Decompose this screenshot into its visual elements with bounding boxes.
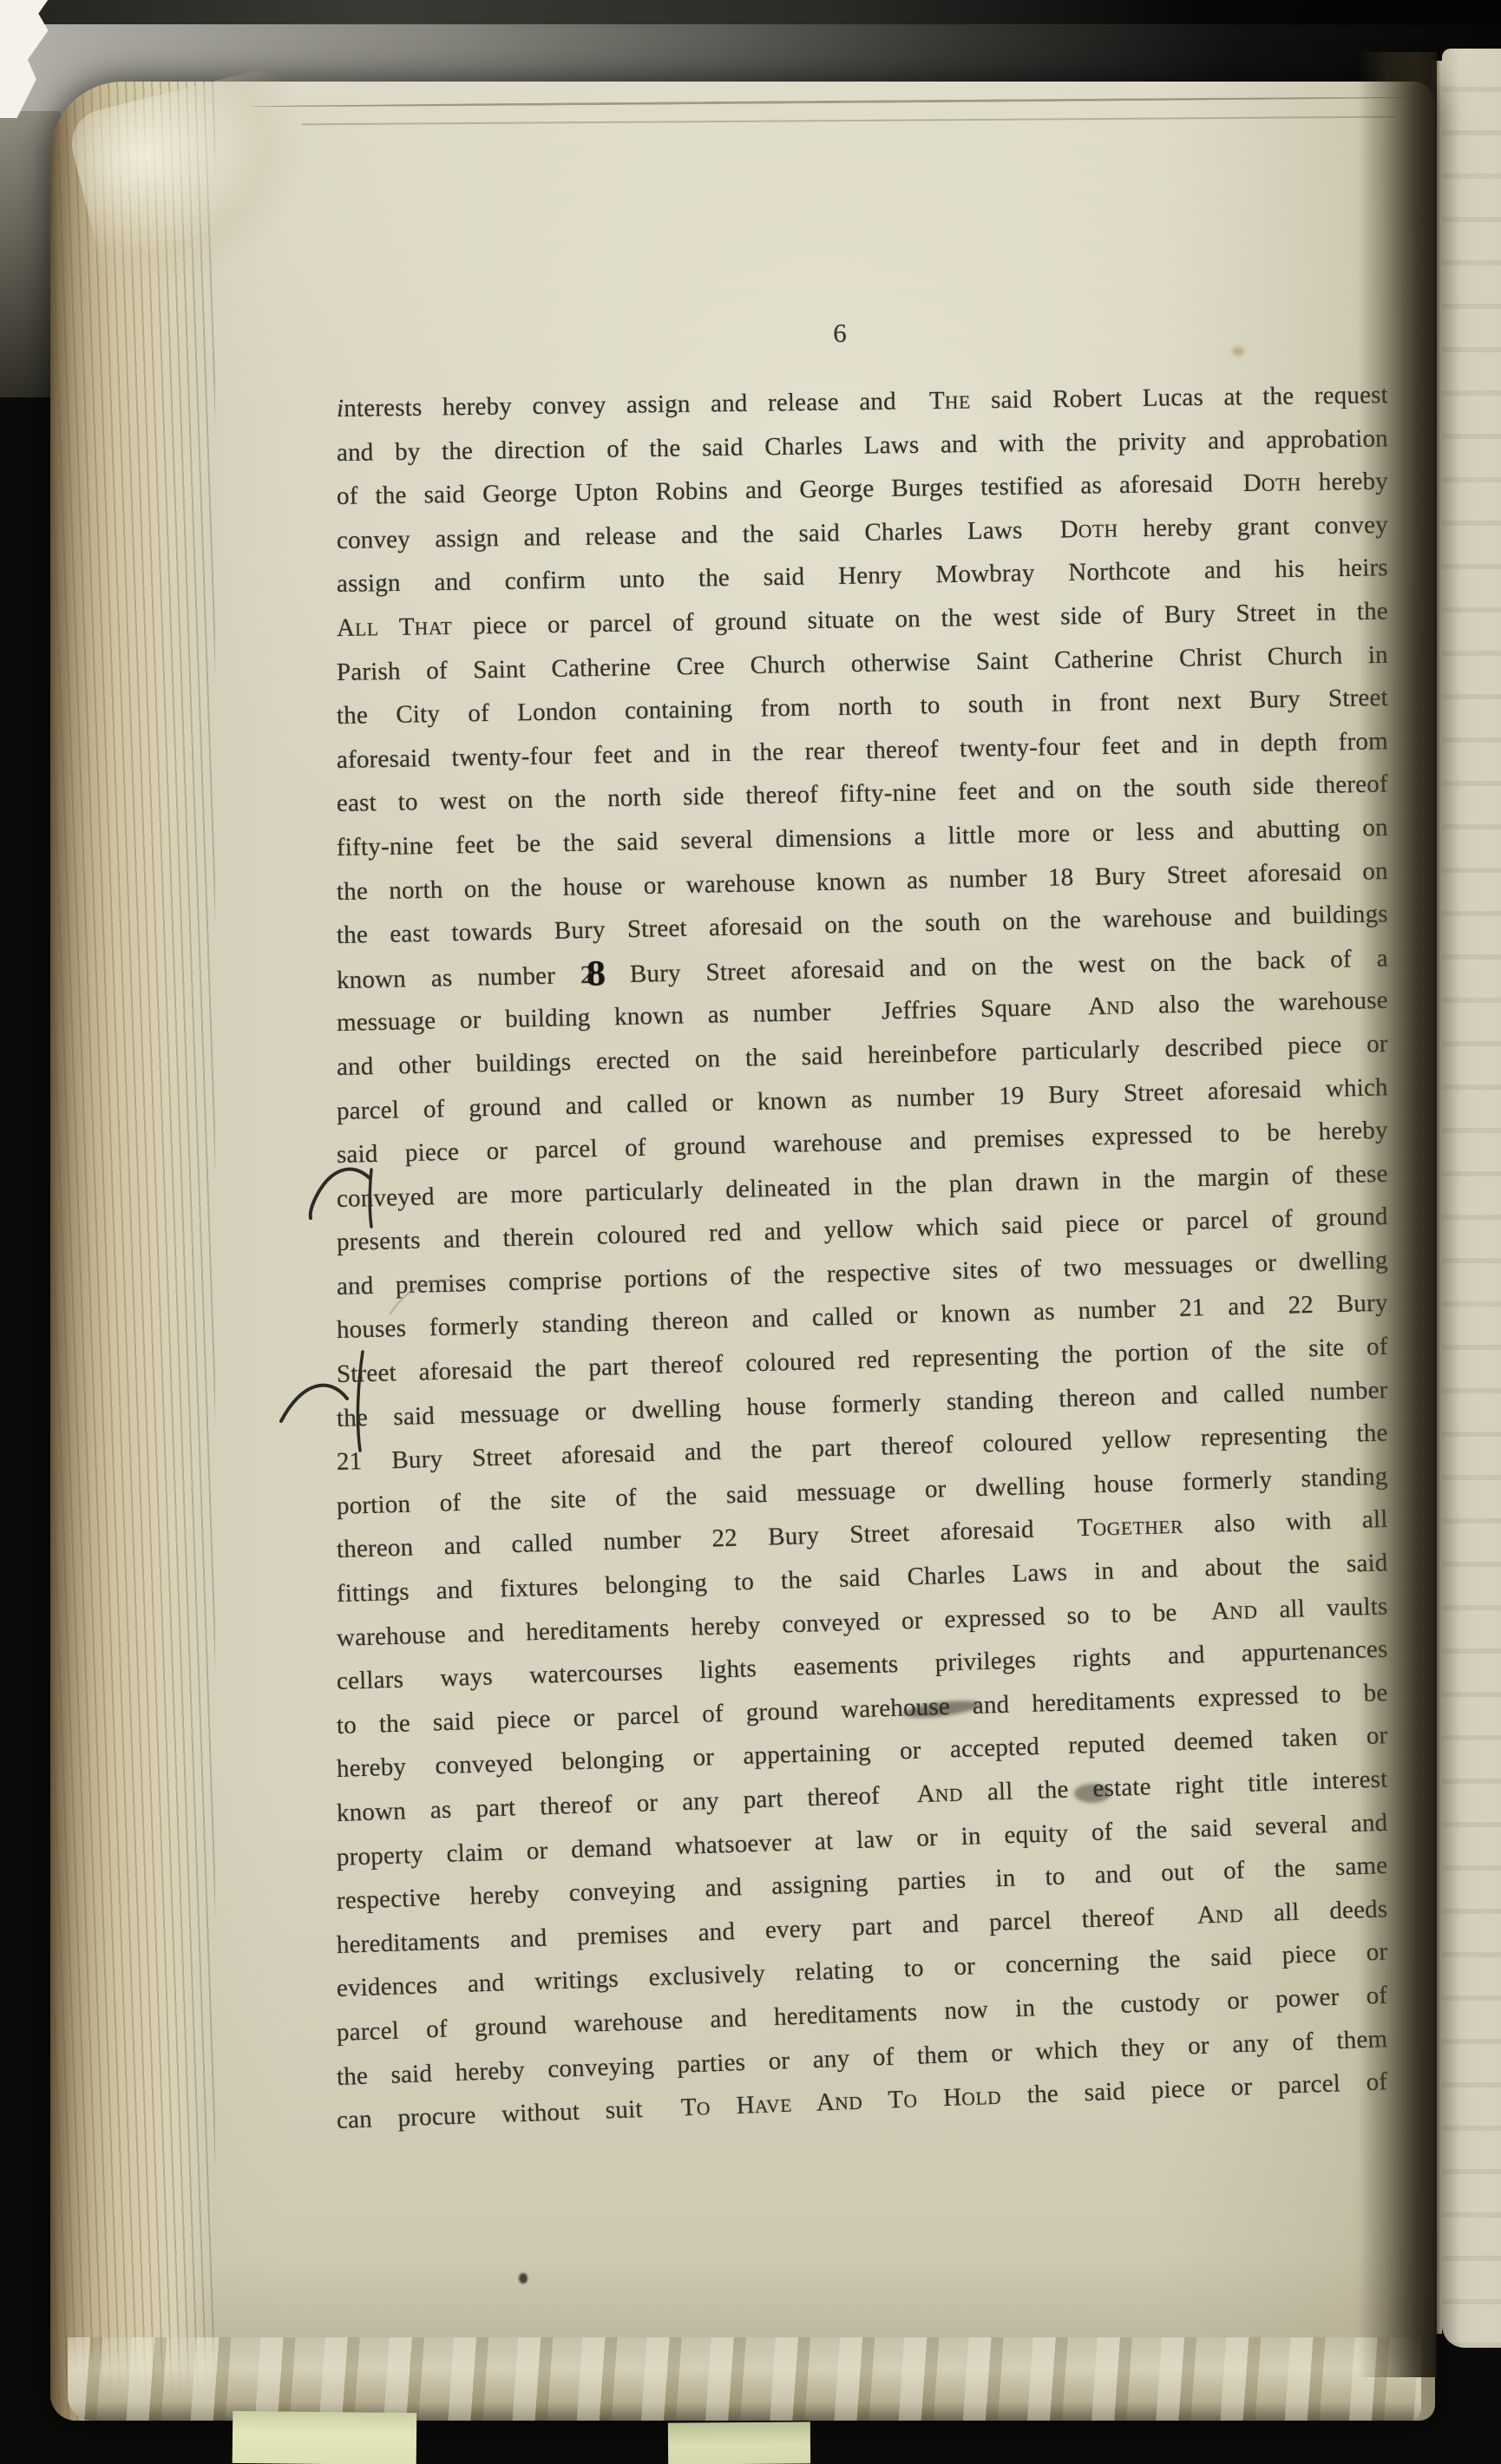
gutter-shadow (1359, 52, 1437, 2377)
crumpled-bottom-edge (68, 2337, 1421, 2421)
pencil-caret-mark-upper (305, 1166, 389, 1241)
deed-text-block: interests hereby convey assign and relea… (337, 387, 1388, 2143)
ink-overwrite-numeral: 8 (586, 946, 606, 1002)
top-page-edge-line (250, 96, 1413, 108)
faint-pencil-arc (385, 1267, 469, 1320)
book-page: 6 interests hereby convey assign and rel… (50, 82, 1435, 2421)
bottom-tab-1 (233, 2411, 417, 2464)
page-stack-edges (50, 82, 215, 2421)
adjacent-page-edge (1442, 49, 1501, 2348)
bottom-tab-2 (668, 2421, 810, 2464)
background-top-strip (0, 0, 1501, 26)
page-number: 6 (814, 318, 866, 349)
ink-smudge (1074, 1784, 1111, 1803)
pencil-caret-mark-lower (271, 1347, 380, 1456)
ink-spot (519, 2273, 528, 2284)
foxing-spot (1232, 347, 1244, 356)
top-page-edge-line (302, 116, 1395, 126)
photographed-book-page: 6 interests hereby convey assign and rel… (0, 0, 1501, 2464)
